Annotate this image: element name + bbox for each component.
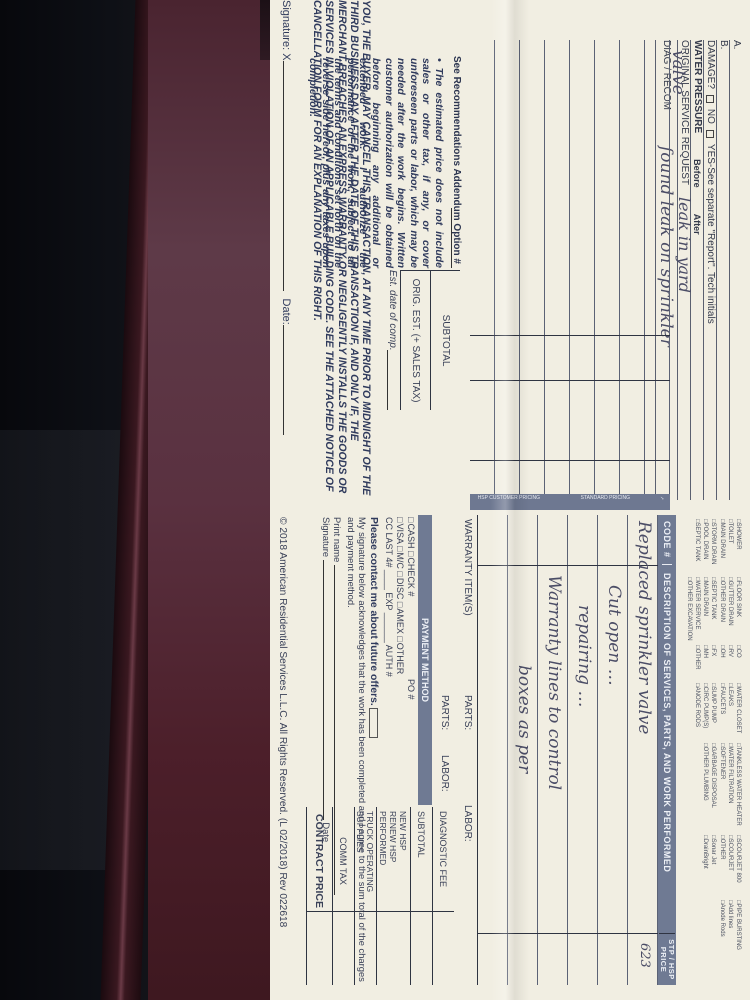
column-divider: [470, 380, 670, 381]
subtotal-row: SUBTOTAL: [410, 807, 432, 985]
description-line-2: Cut open …: [604, 585, 624, 686]
description-line-4: Warranty lines to control: [544, 575, 564, 790]
est-date-field[interactable]: [387, 350, 388, 410]
column-divider: [470, 335, 670, 336]
extra-handwriting: valve: [668, 50, 688, 95]
original-request-row: ORIGINAL SERVICE REQUEST leak in yard: [677, 40, 690, 500]
recommendations-option-field[interactable]: [451, 208, 452, 268]
warranty-row: WARRANTY ITEM(S) PARTS: LABOR:: [454, 515, 478, 985]
future-offers-checkbox[interactable]: [369, 708, 378, 738]
estimate-signature-field[interactable]: [283, 61, 284, 291]
diagnostic-fee-row: DIAGNOSTIC FEE: [432, 807, 454, 985]
comm-tax-row: COMM TAX: [332, 807, 354, 985]
desk-surface: [148, 0, 278, 1000]
checkbox-column: CO RV OH FX MH OTHER: [693, 645, 742, 670]
performed-checkbox[interactable]: PERFORMED: [379, 811, 389, 865]
service-checkboxes: SHOWER TOILET MAIN DRAIN STORM DRAIN POO…: [672, 515, 742, 995]
disc-checkbox[interactable]: DISC: [395, 571, 405, 599]
hsp-options-row: NEW HSP RENEW HSP PERFORMED: [376, 807, 410, 985]
estimate-section: A. B. DAMAGE? NO YES-See separate "Repor…: [270, 0, 750, 510]
rule: [644, 40, 645, 510]
recommendations-label: See Recommendations Addendum Option #: [451, 56, 462, 264]
labor-label-2: LABOR:: [439, 755, 450, 792]
subtotal-label: SUBTOTAL: [430, 271, 460, 410]
new-hsp-checkbox[interactable]: NEW HSP: [399, 811, 409, 851]
cancellation-notice: YOU, THE BUYER, MAY CANCEL THIS TRANSACT…: [311, 0, 372, 500]
cash-checkbox[interactable]: CASH: [406, 517, 416, 548]
price-handwriting: 623: [637, 943, 652, 968]
damage-row: DAMAGE? NO YES-See separate "Report". Te…: [703, 40, 716, 500]
description-line-3: repairing …: [574, 605, 594, 707]
payment-method-options: CASH CHECK # PO # VISA M/C DISC AMEX OTH…: [383, 517, 416, 807]
rule: [544, 40, 545, 510]
rule: [569, 40, 570, 510]
other-checkbox[interactable]: OTHER: [395, 636, 405, 674]
payment-method-header: PAYMENT METHOD: [418, 515, 432, 805]
check-checkbox[interactable]: CHECK #: [406, 551, 416, 596]
original-request-handwriting: leak in yard: [678, 197, 690, 293]
checkbox-column: FLOOR SINK GUTTER DRAIN OTHER DRAIN SEPT…: [685, 577, 742, 641]
row-b: B.: [716, 40, 729, 500]
pricing-column-header: ✓ STANDARD PRICING HSP CUSTOMER PRICING: [470, 494, 670, 510]
invoice-document: A. B. DAMAGE? NO YES-See separate "Repor…: [270, 0, 750, 1000]
checkbox-column: SCOURJET 800 SCOURJET OTHER Sonar Jet Dr…: [701, 835, 742, 883]
code-column-divider: [478, 565, 658, 566]
visa-checkbox[interactable]: VISA: [395, 517, 405, 543]
parts-label-2: PARTS:: [439, 695, 450, 730]
customer-signature-field[interactable]: [323, 560, 324, 820]
rule: [669, 40, 670, 510]
column-divider: [470, 460, 670, 461]
invoice-section: SHOWER TOILET MAIN DRAIN STORM DRAIN POO…: [270, 515, 750, 1000]
estimate-date-field[interactable]: [283, 325, 284, 435]
rule: [494, 40, 495, 510]
description-line-5: boxes as per: [514, 665, 534, 773]
copyright-line: © 2018 American Residential Services L.L…: [277, 517, 288, 997]
description-header: CODE # DESCRIPTION OF SERVICES, PARTS, A…: [658, 515, 676, 985]
orig-est-label: ORIG. EST. (+ SALES TAX): [400, 271, 430, 410]
description-lines: Replaced sprinkler valve Cut open … repa…: [478, 515, 658, 985]
renew-hsp-checkbox[interactable]: RENEW HSP: [389, 811, 399, 862]
estimate-lines: valve: [470, 40, 670, 510]
rule: [594, 40, 595, 510]
checkbox-column: WATER CLOSET LEAKS FAUCETS SUMP PUMP CIR…: [693, 683, 742, 733]
estimate-signature-row: Signature: X Date:: [280, 0, 292, 500]
truck-supplies-row: TRUCK OPERATING SUPPLIES: [354, 807, 376, 985]
est-date-label: Est. date of comp.: [387, 270, 398, 351]
checkbox-column: PIPE BURSTING Add lines Anode Rods: [717, 900, 742, 950]
po-label: PO #: [406, 679, 416, 700]
price-column-divider: [478, 933, 658, 934]
subtotal-box: SUBTOTAL ORIG. EST. (+ SALES TAX): [400, 270, 460, 410]
amex-checkbox[interactable]: AMEX: [395, 602, 405, 634]
row-a: A.: [729, 40, 742, 500]
mc-checkbox[interactable]: M/C: [395, 546, 405, 569]
rule: [519, 40, 520, 510]
rule: [619, 40, 620, 510]
checkbox-column: SHOWER TOILET MAIN DRAIN STORM DRAIN POO…: [693, 519, 742, 565]
checkbox-column: TANKLESS WATER HEATER WATER FILTRATION S…: [701, 743, 742, 826]
damage-yes-checkbox[interactable]: [706, 130, 714, 138]
damage-no-checkbox[interactable]: [706, 95, 714, 103]
fee-summary: DIAGNOSTIC FEE SUBTOTAL NEW HSP RENEW HS…: [300, 807, 454, 985]
contract-price-row: CONTRACT PRICE: [306, 807, 332, 985]
description-line-1: Replaced sprinkler valve: [634, 521, 654, 734]
